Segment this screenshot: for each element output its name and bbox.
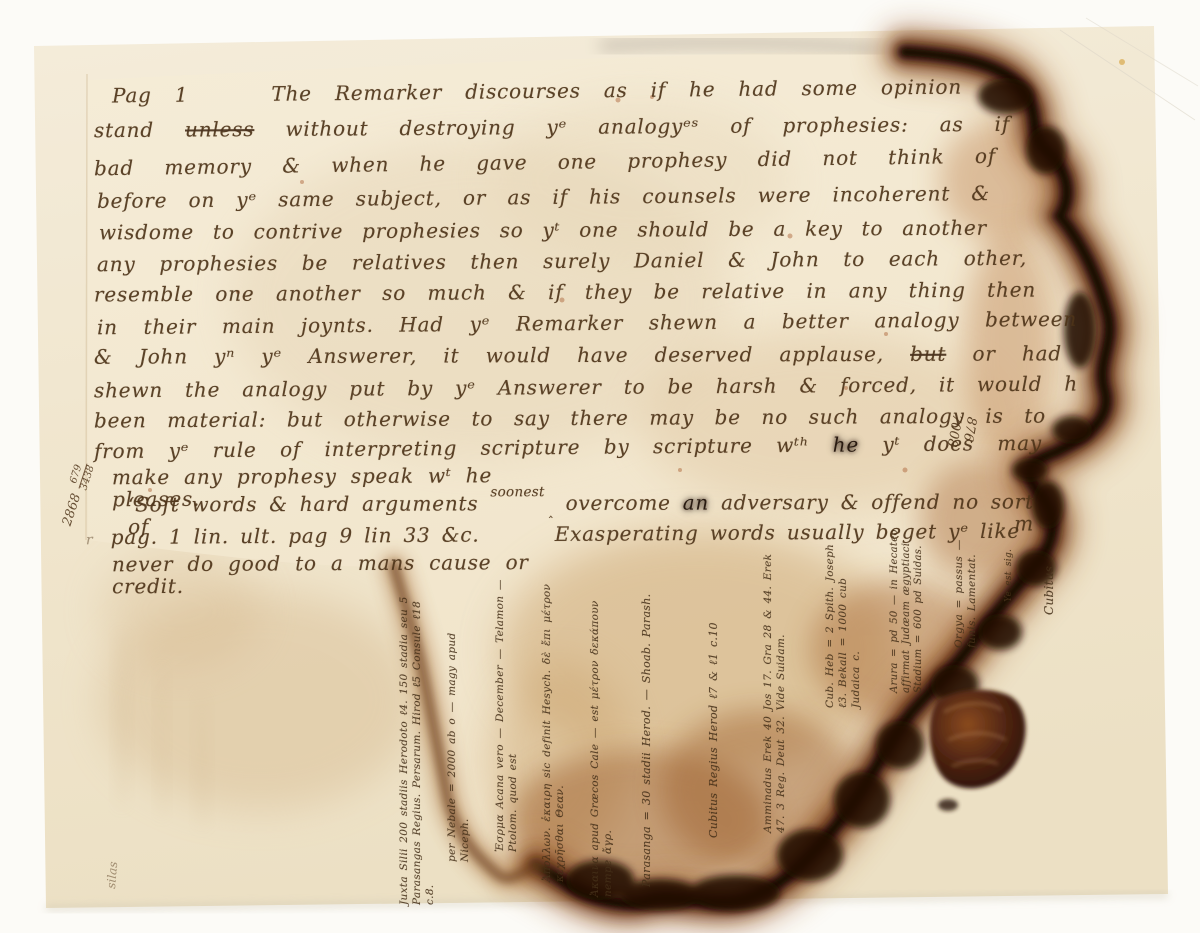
text-segment: wisdome to contrive prophesies so yᵗ one… [99,216,987,245]
text-segment: been material: but otherwise to say ther… [94,404,1046,433]
text-segment: & John yⁿ yᵉ Answerer, it would have des… [94,342,910,369]
margin-numbers-right: 876 7008 [943,413,978,451]
text-line: any prophesies be relatives then surely … [97,247,1027,275]
caret-mark: ‸ [549,504,554,518]
text-line: shewn the analogy put by yᵉ Answerer to … [94,373,1078,402]
vertical-note-column: Cub. Heb = 2 Spith. Joseph ℓ3. Bekall = … [824,543,862,708]
text-segment: from yᵉ rule of interpreting scripture b… [94,433,833,463]
vertical-note-column: Ye est sig. [1004,542,1015,602]
text-line: in their main joynts. Had yᵉ Remarker sh… [97,308,1077,339]
text-line: stand unless without destroying yᵉ analo… [94,113,1010,141]
strikethrough-word: unless [185,117,254,141]
text-segment: pag. 1 lin. ult. pag 9 lin 33 &c. [111,523,480,550]
faint-word: silas [104,861,120,889]
vertical-note-column: Ἀπολλων. ἐκαιρη sic definit Hesych. δὲ ἔ… [541,562,567,882]
text-segment: stand [94,118,185,143]
text-segment: r [86,532,94,548]
text-line: resemble one another so much & if they b… [94,279,1036,306]
text-line: wisdome to contrive prophesies so yᵗ one… [99,217,987,244]
vertical-note-column: Amminadus Erek 40 Jos 17. Gra 28 & 44. E… [762,553,788,833]
text-segment: never do good to a mans cause or credit. [112,550,529,598]
text-line: never do good to a mans cause or credit. [112,551,612,598]
text-segment: he [833,432,860,456]
text-segment: shewn the analogy put by yᵉ Answerer to … [94,372,1078,403]
text-line: & John yⁿ yᵉ Answerer, it would have des… [94,342,1062,367]
text-segment: in their main joynts. Had yᵉ Remarker sh… [97,307,1077,340]
vertical-note-column: Cubitus Regius Herod ℓ7 & ℓ1 c.10 [707,568,720,838]
manuscript-photo: Pag 1 The Remarker discourses as if he h… [0,0,1200,933]
text-segment: Exasperating words usually beget yᵉ like [555,519,1020,546]
text-segment: overcome [565,491,682,515]
vertical-note-column: Ἐσρμα Acana vero — December — Telamon — … [494,562,520,852]
vertical-note-column: Parasanga = 30 stadii Herod. — Shoab. Pa… [640,557,653,887]
text-segment: without destroying yᵉ analogyᵉˢ of proph… [285,112,1010,141]
text-line: from yᵉ rule of interpreting scripture b… [94,432,1042,462]
text-line: been material: but otherwise to say ther… [94,405,1046,432]
vertical-note-column: Arura = pd 50 — in Hecateo affirmat Judæ… [889,528,926,693]
text-segment: before on yᵉ same subject, or as if his … [97,181,990,213]
vertical-note-column: Cubitus [1042,530,1057,615]
text-line: Pag 1 The Remarker discourses as if he h… [112,76,962,107]
inserted-word: soonest [490,484,544,500]
text-line: r pag. 1 lin. ult. pag 9 lin 33 &c. Exas… [86,520,1020,549]
text-segment: The Remarker discourses as if he had som… [271,75,962,106]
text-segment: any prophesies be relatives then surely … [97,246,1027,276]
text-segment: Pag 1 [112,83,189,108]
text-segment: or had [972,341,1062,365]
text-segment: bad memory & when he gave one prophesy d… [94,144,996,181]
vertical-note-column: per Nebale = 2000 ab o — magy apud Nicep… [446,607,472,862]
text-line: before on yᵉ same subject, or as if his … [97,182,990,212]
vertical-note-column: Orgya = passus — funis. Lamentat. [953,523,979,648]
text-segment: resemble one another so much & if they b… [94,278,1036,307]
vertical-note-column: Ἀκαινα apud Græcos Cale — est μέτρον δεκ… [589,562,615,897]
text-line: bad memory & when he gave one prophesy d… [94,145,996,180]
strikethrough-word: but [910,342,946,366]
text-segment: an [683,491,709,515]
main-text-block: Pag 1 The Remarker discourses as if he h… [0,0,1200,933]
vertical-note-column: Juxta Silii 200 stadiis Herodoto ℓ4. 150… [398,575,436,905]
